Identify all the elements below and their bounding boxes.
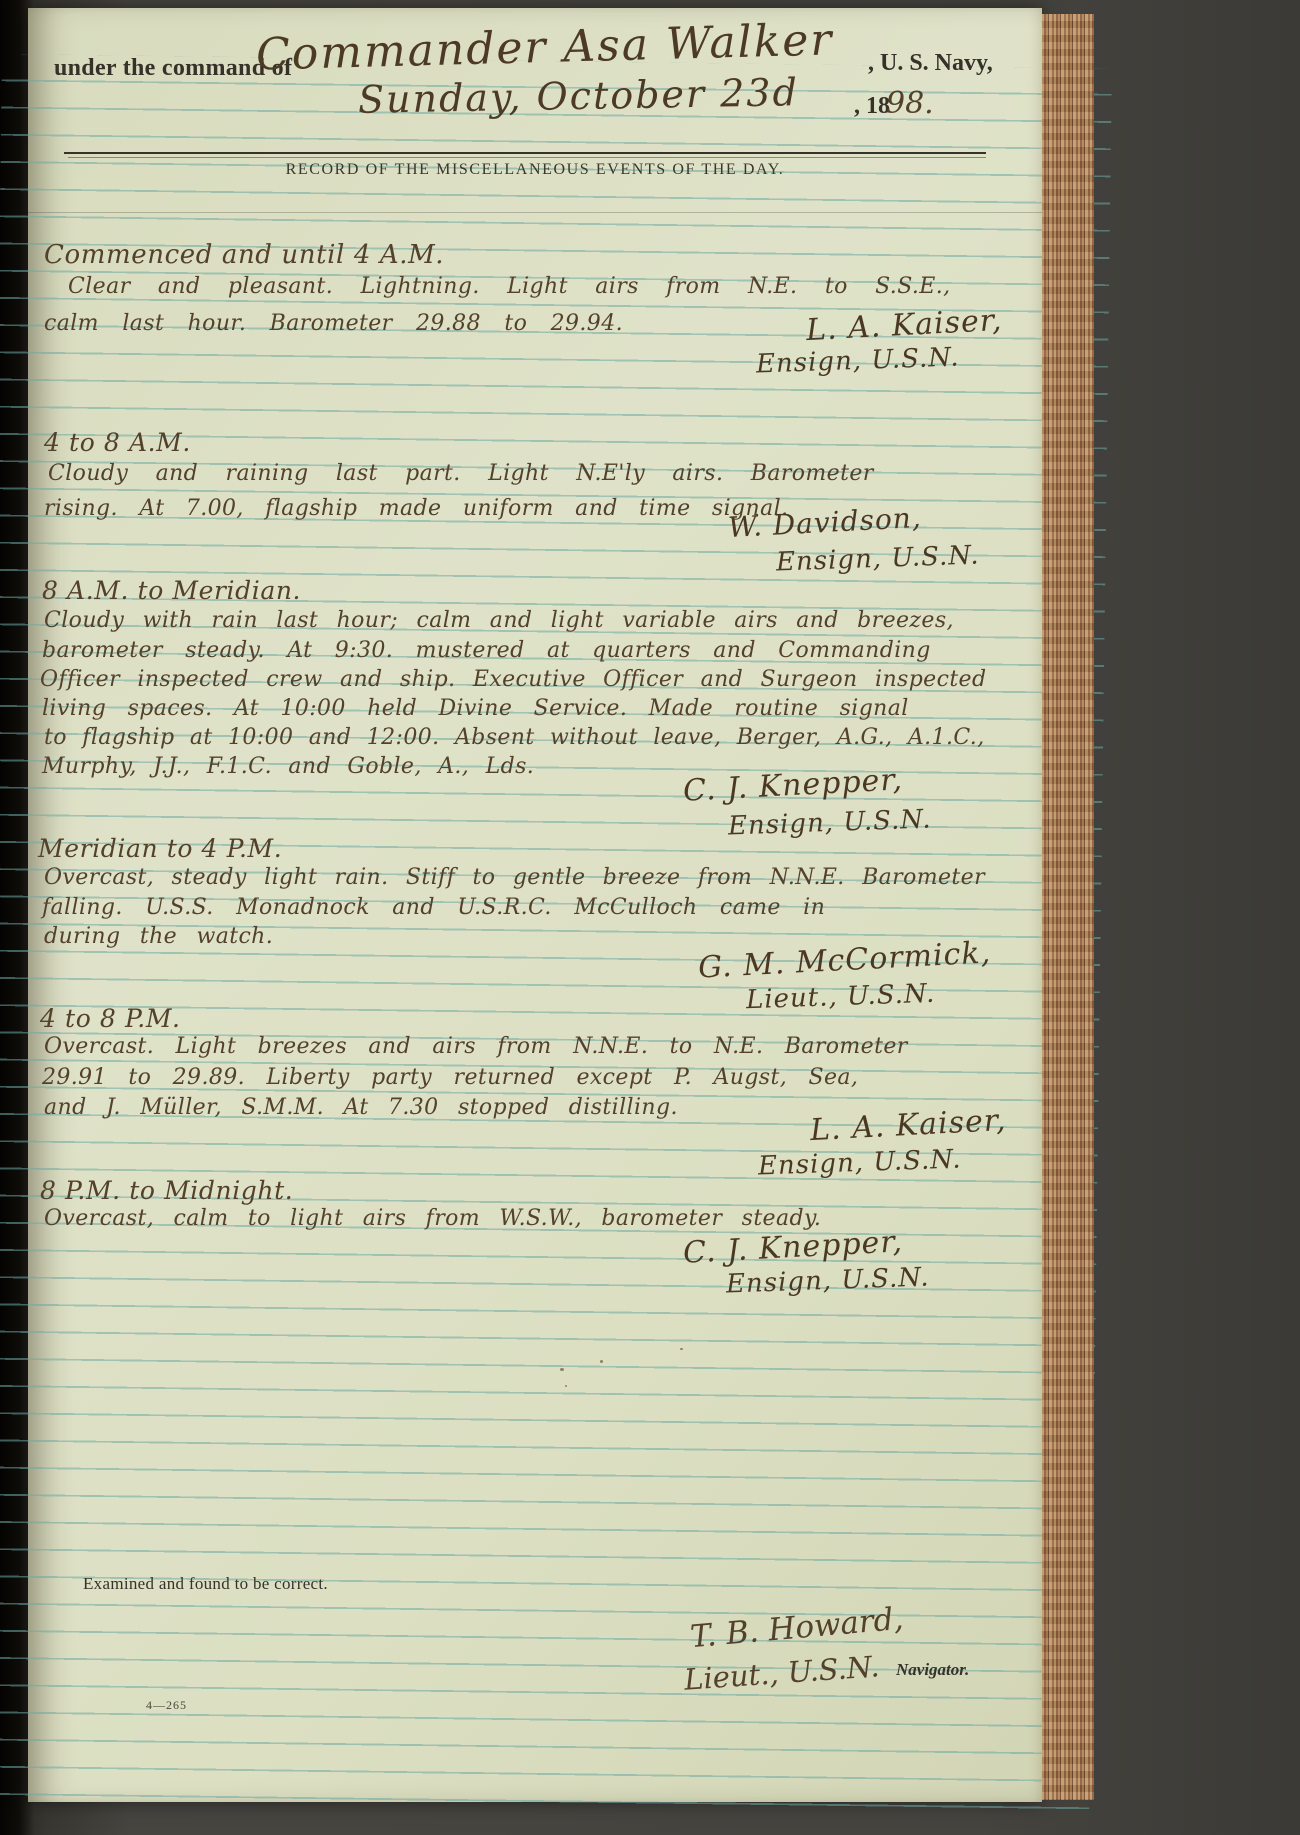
entry-line: Murphy, J.J., F.1.C. and Goble, A., Lds.: [42, 754, 534, 779]
entry-line: barometer steady. At 9:30. mustered at q…: [42, 638, 931, 663]
navigator-printed-label: Navigator.: [896, 1660, 969, 1680]
entry-line: to flagship at 10:00 and 12:00. Absent w…: [44, 725, 985, 750]
signature-name: L. A. Kaiser,: [805, 303, 1003, 348]
entry-line: Cloudy and raining last part. Light N.E'…: [48, 461, 874, 486]
printed-us-navy: , U. S. Navy,: [868, 50, 993, 77]
signature-name: G. M. McCormick,: [697, 935, 992, 985]
signature-rank: Lieut., U.S.N.: [746, 979, 936, 1016]
scanned-logbook-photo: under the command of Commander Asa Walke…: [0, 0, 1300, 1835]
watch-heading: 4 to 8 P.M.: [40, 1004, 181, 1033]
entry-line: rising. At 7.00, flagship made uniform a…: [44, 496, 788, 521]
entry-line: falling. U.S.S. Monadnock and U.S.R.C. M…: [42, 895, 825, 920]
watch-heading: 8 A.M. to Meridian.: [42, 576, 301, 605]
paper-stain: [680, 1348, 683, 1350]
year-handwritten: 98.: [886, 86, 934, 121]
navigator-signature-rank: Lieut., U.S.N.: [683, 1649, 880, 1697]
watch-heading: Meridian to 4 P.M.: [38, 834, 282, 863]
date-handwritten: Sunday, October 23d: [358, 70, 800, 122]
signature-rank: Ensign, U.S.N.: [758, 1144, 963, 1181]
header-divider-line-echo: [68, 157, 986, 158]
entry-line: 29.91 to 29.89. Liberty party returned e…: [42, 1065, 858, 1090]
signature-rank: Ensign, U.S.N.: [726, 1262, 931, 1299]
printed-year-prefix: , 18: [854, 93, 890, 120]
signature-rank: Ensign, U.S.N.: [756, 342, 961, 379]
signature-name: C. J. Knepper,: [682, 762, 903, 808]
watch-heading: Commenced and until 4 A.M.: [44, 240, 444, 270]
signature-name: L. A. Kaiser,: [809, 1103, 1007, 1148]
form-number: 4—265: [146, 1698, 187, 1713]
entry-line: during the watch.: [44, 924, 273, 949]
entry-line: Cloudy with rain last hour; calm and lig…: [44, 608, 954, 633]
paper-stain: [565, 1385, 567, 1387]
signature-rank: Ensign, U.S.N.: [776, 540, 981, 577]
navigator-signature-name: T. B. Howard,: [689, 1601, 905, 1655]
entry-line: Officer inspected crew and ship. Executi…: [40, 667, 986, 692]
entry-line: Overcast. Light breezes and airs from N.…: [44, 1034, 908, 1059]
watch-heading: 4 to 8 A.M.: [44, 428, 191, 457]
entry-line: Overcast, calm to light airs from W.S.W.…: [44, 1206, 821, 1231]
entry-line: calm last hour. Barometer 29.88 to 29.94…: [44, 311, 623, 336]
paper-stain: [600, 1360, 603, 1363]
entry-line: Overcast, steady light rain. Stiff to ge…: [44, 865, 985, 890]
section-divider-line: [28, 212, 1042, 213]
entry-line: living spaces. At 10:00 held Divine Serv…: [42, 696, 909, 721]
paper-stain: [560, 1368, 564, 1371]
header-divider-line: [64, 152, 986, 154]
watch-heading: 8 P.M. to Midnight.: [40, 1176, 293, 1205]
entry-line: and J. Müller, S.M.M. At 7.30 stopped di…: [44, 1095, 678, 1120]
page-title: RECORD OF THE MISCELLANEOUS EVENTS OF TH…: [28, 161, 1042, 179]
examined-note: Examined and found to be correct.: [83, 1574, 328, 1594]
book-page-edges: [1042, 14, 1094, 1800]
signature-rank: Ensign, U.S.N.: [728, 804, 933, 841]
entry-line: Clear and pleasant. Lightning. Light air…: [68, 274, 951, 299]
logbook-page: under the command of Commander Asa Walke…: [28, 8, 1042, 1802]
